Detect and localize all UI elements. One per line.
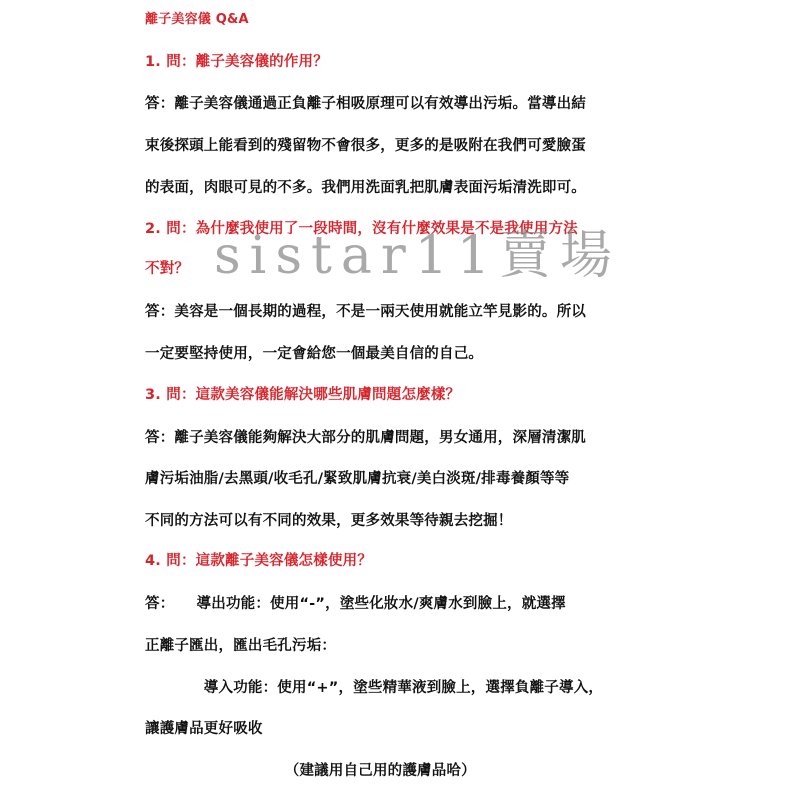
document-title: 離子美容儀 Q&A (145, 10, 249, 30)
answer-3-line-1: 答：離子美容儀能夠解決大部分的肌膚問題，男女通用，深層清潔肌 (145, 428, 586, 448)
question-2-line-2: 不對？ (145, 259, 189, 279)
answer-4-line-1: 答： 導出功能：使用“-”，塗些化妝水/爽膚水到臉上，就選擇 (145, 594, 566, 614)
answer-4-line-3: 導入功能：使用“+”，塗些精華液到臉上，選擇負離子導入， (145, 678, 603, 698)
answer-4-line-4: 讓護膚品更好吸收 (145, 719, 263, 739)
answer-1-line-1: 答：離子美容儀通過正負離子相吸原理可以有效導出污垢。當導出結 (145, 94, 586, 114)
answer-4-note: （建議用自己用的護膚品哈） (145, 761, 476, 781)
question-3: 3. 問：這款美容儀能解決哪些肌膚問題怎麼樣？ (145, 385, 460, 405)
answer-3-line-3: 不同的方法可以有不同的效果，更多效果等待親去挖掘！ (145, 511, 513, 531)
answer-3-line-2: 膚污垢油脂/去黑頭/收毛孔/緊致肌膚抗衰/美白淡斑/排毒養顏等等 (145, 469, 569, 489)
answer-2-line-2: 一定要堅持使用，一定會給您一個最美自信的自己。 (145, 344, 483, 364)
question-4: 4. 問：這款離子美容儀怎樣使用？ (145, 551, 372, 571)
answer-1-line-2: 束後探頭上能看到的殘留物不會很多，更多的是吸附在我們可愛臉蛋 (145, 136, 586, 156)
answer-2-line-1: 答：美容是一個長期的過程，不是一兩天使用就能立竿見影的。所以 (145, 302, 586, 322)
answer-4-line-2: 正離子匯出，匯出毛孔污垢： (145, 636, 336, 656)
question-1: 1. 問：離子美容儀的作用？ (145, 52, 328, 72)
answer-1-line-3: 的表面，肉眼可見的不多。我們用洗面乳把肌膚表面污垢清洗即可。 (145, 178, 586, 198)
watermark: sistar11賣場 (214, 226, 621, 286)
